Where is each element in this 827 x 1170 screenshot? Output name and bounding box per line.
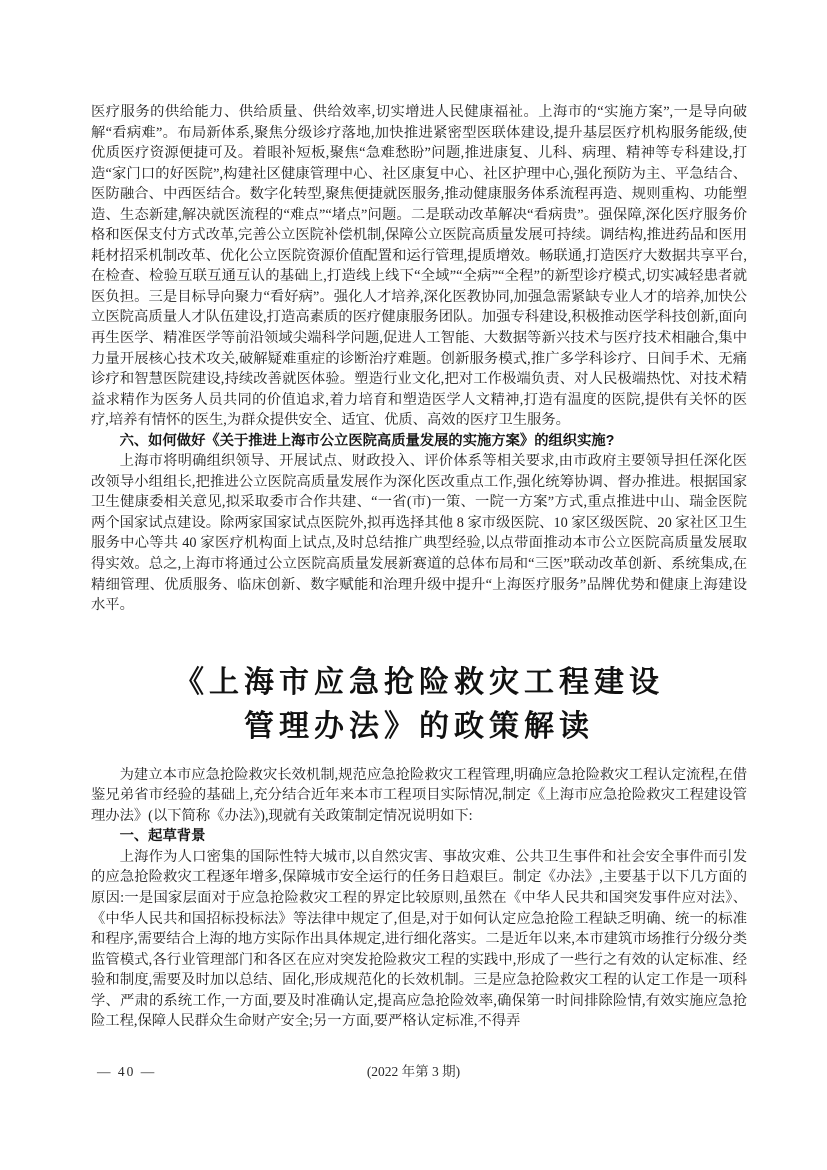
article-title-line-2: 管理办法》的政策解读 (91, 705, 747, 749)
article-title: 《上海市应急抢险救灾工程建设 管理办法》的政策解读 (91, 661, 747, 749)
article-title-line-1: 《上海市应急抢险救灾工程建设 (91, 661, 747, 705)
intro-paragraph: 为建立本市应急抢险救灾长效机制,规范应急抢险救灾工程管理,明确应急抢险救灾工程认… (91, 765, 747, 827)
journal-page: 医疗服务的供给能力、供给质量、供给效率,切实增进人民健康福祉。上海市的“实施方案… (0, 0, 827, 1170)
implementation-paragraph: 上海市将明确组织领导、开展试点、财政投入、评价体系等相关要求,由市政府主要领导担… (91, 451, 747, 615)
page-content: 医疗服务的供给能力、供给质量、供给效率,切实增进人民健康福祉。上海市的“实施方案… (91, 102, 747, 1032)
background-paragraph: 上海作为人口密集的国际性特大城市,以自然灾害、事故灾难、公共卫生事件和社会安全事… (91, 847, 747, 1032)
section-heading-one: 一、起草背景 (91, 826, 747, 847)
section-heading-six: 六、如何做好《关于推进上海市公立医院高质量发展的实施方案》的组织实施? (91, 431, 747, 452)
page-footer: — 40 — (2022 年第 3 期) (0, 1062, 827, 1086)
journal-issue: (2022 年第 3 期) (0, 1062, 827, 1082)
continued-paragraph: 医疗服务的供给能力、供给质量、供给效率,切实增进人民健康福祉。上海市的“实施方案… (91, 102, 747, 431)
